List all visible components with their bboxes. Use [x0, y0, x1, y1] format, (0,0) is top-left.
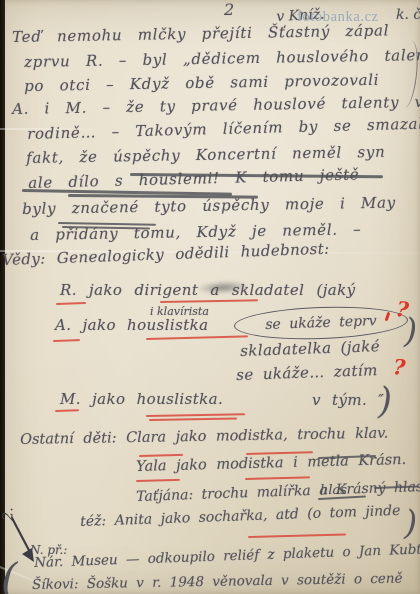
- handwritten-line-14: se ukáže… zatím: [236, 363, 378, 383]
- circled-phrase-text: se ukáže teprv: [265, 314, 377, 332]
- handwritten-line-8: byly značené tyto úspěchy moje i May: [22, 195, 396, 217]
- scan-edge-left: [0, 0, 5, 594]
- handwritten-line-2: zprvu R. – byl „dědicem houslového talen…: [24, 48, 420, 70]
- handwritten-line-19: Taťjána: trochu malířka a Krásný hlas: [136, 480, 420, 504]
- handwritten-line-23: Šíkovi: Šošku v r. 1948 věnovala v soutě…: [32, 573, 403, 593]
- large-paren: ): [378, 386, 392, 418]
- red-underline: [248, 533, 346, 538]
- red-underline: [160, 299, 258, 303]
- page-number: 2: [224, 2, 234, 18]
- red-underline: [136, 479, 180, 482]
- red-underline: [149, 417, 237, 421]
- handwritten-line-15: M. jako houslistka.: [60, 392, 223, 407]
- corner-note-tail: k. č.: [396, 8, 420, 22]
- handwritten-line-5: rodině… – Takovým líčením by se smazal: [27, 117, 420, 142]
- red-underline: [245, 476, 310, 480]
- handwritten-line-1: Teď nemohu mlčky přejíti Šťastný zápal: [12, 23, 389, 45]
- red-underline: [146, 413, 245, 417]
- handwritten-line-6: fakt, že úspěchy Koncertní neměl syn: [26, 145, 385, 166]
- handwritten-line-13: skladatelka (jaké: [240, 339, 380, 359]
- handwritten-line-3: po otci – Když obě sami provozovali: [24, 73, 379, 94]
- red-question-mark: ?: [392, 354, 406, 380]
- handwritten-line-7: ale dílo s houslemi! K tomu ještě: [28, 167, 360, 191]
- red-underline: [56, 302, 86, 305]
- manuscript-scan: 2 v Kníž. k. č. fotobanka.cz Teď nemohu …: [0, 0, 420, 594]
- red-underline: [53, 339, 80, 342]
- circled-phrase: se ukáže teprv: [233, 304, 408, 342]
- handwritten-line-4: A. i M. – že ty pravé houslové talenty v: [12, 95, 420, 117]
- inserted-word-hlas: hlas: [320, 484, 347, 497]
- margin-arrow-icon: [8, 514, 40, 566]
- handwritten-line-12: A. jako houslistka: [55, 318, 208, 333]
- handwritten-line-10: Vědy: Genealogicky odědili hudebnost:: [2, 242, 330, 268]
- large-paren: ): [404, 508, 417, 539]
- handwritten-line-20: též: Anita jako sochařka, atd (o tom jin…: [80, 504, 401, 529]
- handwritten-line-16: v tým. ″: [312, 393, 384, 408]
- handwritten-line-22: Nár. Museu — odkoupilo reliéf z plaketu …: [34, 543, 420, 570]
- red-underline: [146, 335, 248, 340]
- red-underline: [139, 454, 183, 457]
- handwritten-line-17: Ostatní děti: Clara jako modistka, troch…: [20, 427, 388, 448]
- red-underline: [55, 409, 79, 412]
